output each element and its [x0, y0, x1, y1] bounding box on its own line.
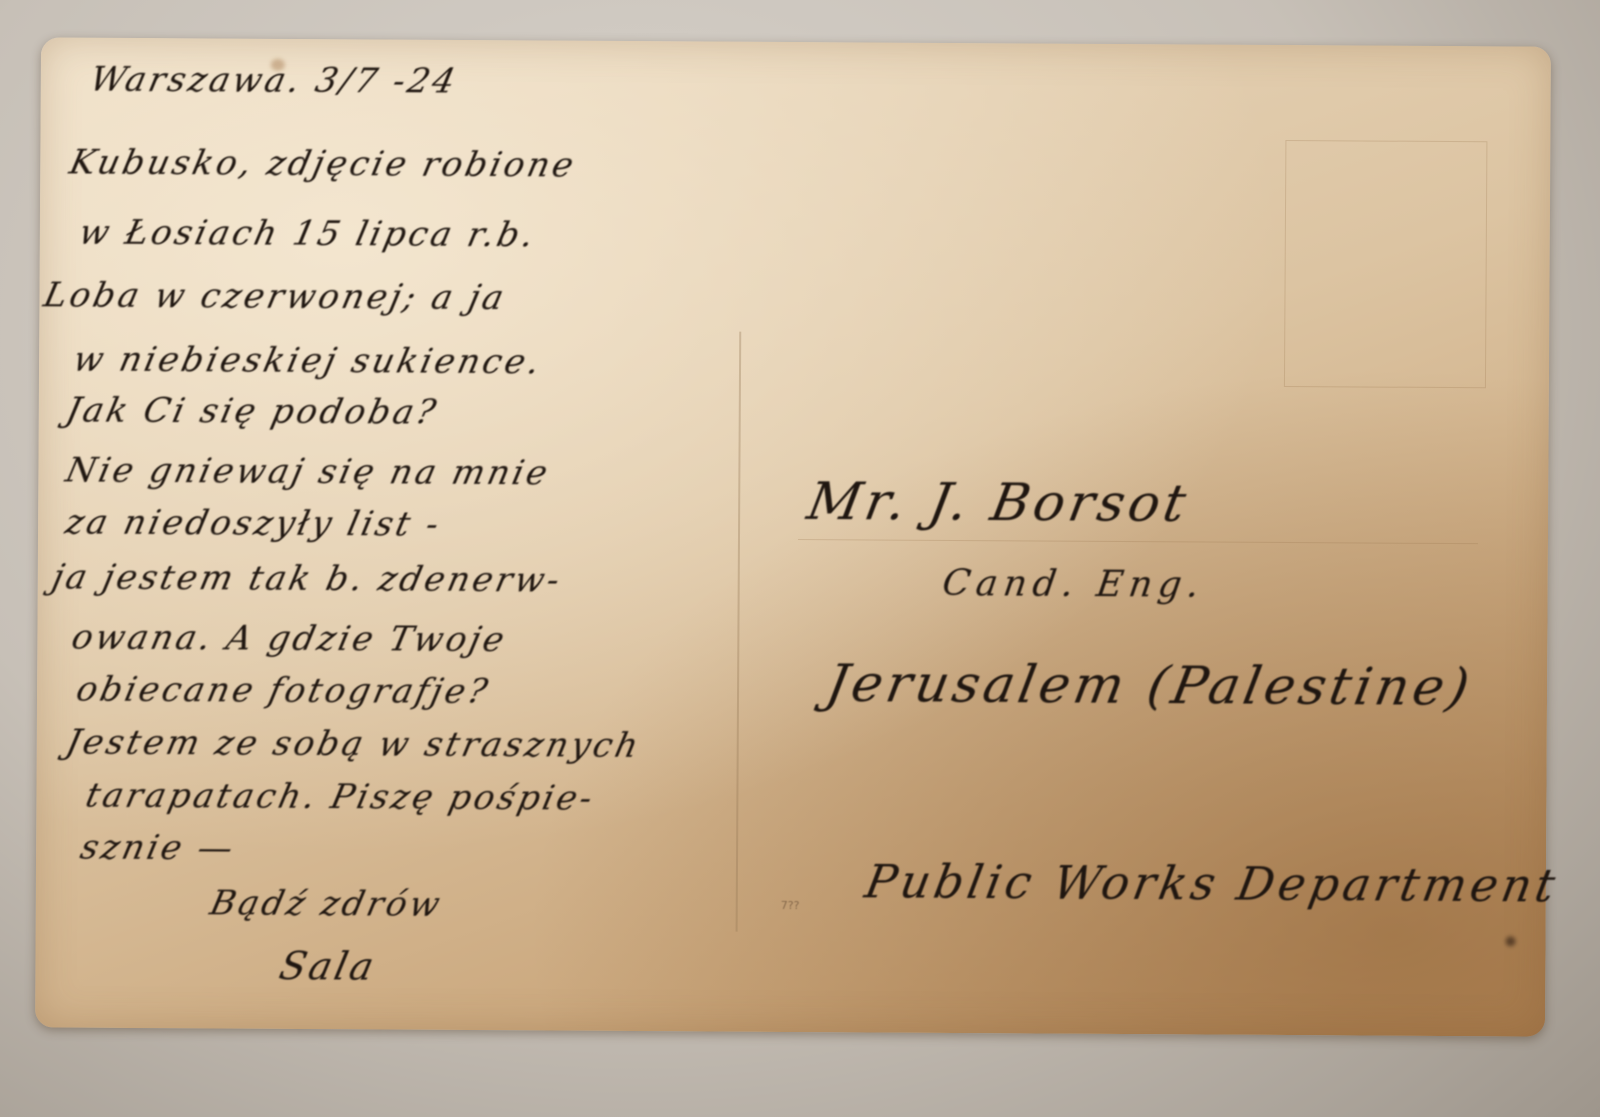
message-line: Jak Ci się podoba? [62, 391, 442, 433]
message-line: ja jestem tak b. zdenerw- [48, 558, 566, 601]
place-date: Warszawa. 3/7 -24 [86, 60, 461, 102]
address-line [798, 539, 1478, 544]
message-line: Kubusko, zdjęcie robione [66, 143, 580, 186]
ink-spot [1506, 936, 1516, 946]
signature: Sala [276, 944, 381, 989]
message-line: w niebieskiej sukience. [70, 340, 547, 383]
address-title: Cand. Eng. [940, 563, 1208, 606]
stamp-box [1284, 140, 1488, 388]
message-line: za niedoszyły list - [62, 503, 446, 545]
postcard: Warszawa. 3/7 -24 Kubusko, zdjęcie robio… [35, 37, 1551, 1036]
message-line: owana. A gdzie Twoje [68, 618, 511, 661]
message-line: Loba w czerwonej; a ja [40, 275, 510, 318]
message-line: Jestem ze sobą w strasznych [62, 723, 644, 766]
address-name: Mr. J. Borsot [803, 472, 1195, 534]
center-divider-line [736, 332, 742, 932]
printed-mark: 7?? [781, 899, 800, 912]
message-line: obiecane fotografje? [73, 670, 494, 712]
message-line: w Łosiach 15 lipca r.b. [75, 213, 540, 256]
message-line: Nie gniewaj się na mnie [62, 451, 554, 494]
message-line: tarapatach. Piszę pośpie- [82, 776, 599, 819]
closing: Bądź zdrów [206, 883, 446, 924]
message-line: sznie — [77, 828, 240, 869]
address-city: Jerusalem (Palestine) [822, 654, 1478, 718]
address-organization: Public Works Department [861, 854, 1563, 912]
